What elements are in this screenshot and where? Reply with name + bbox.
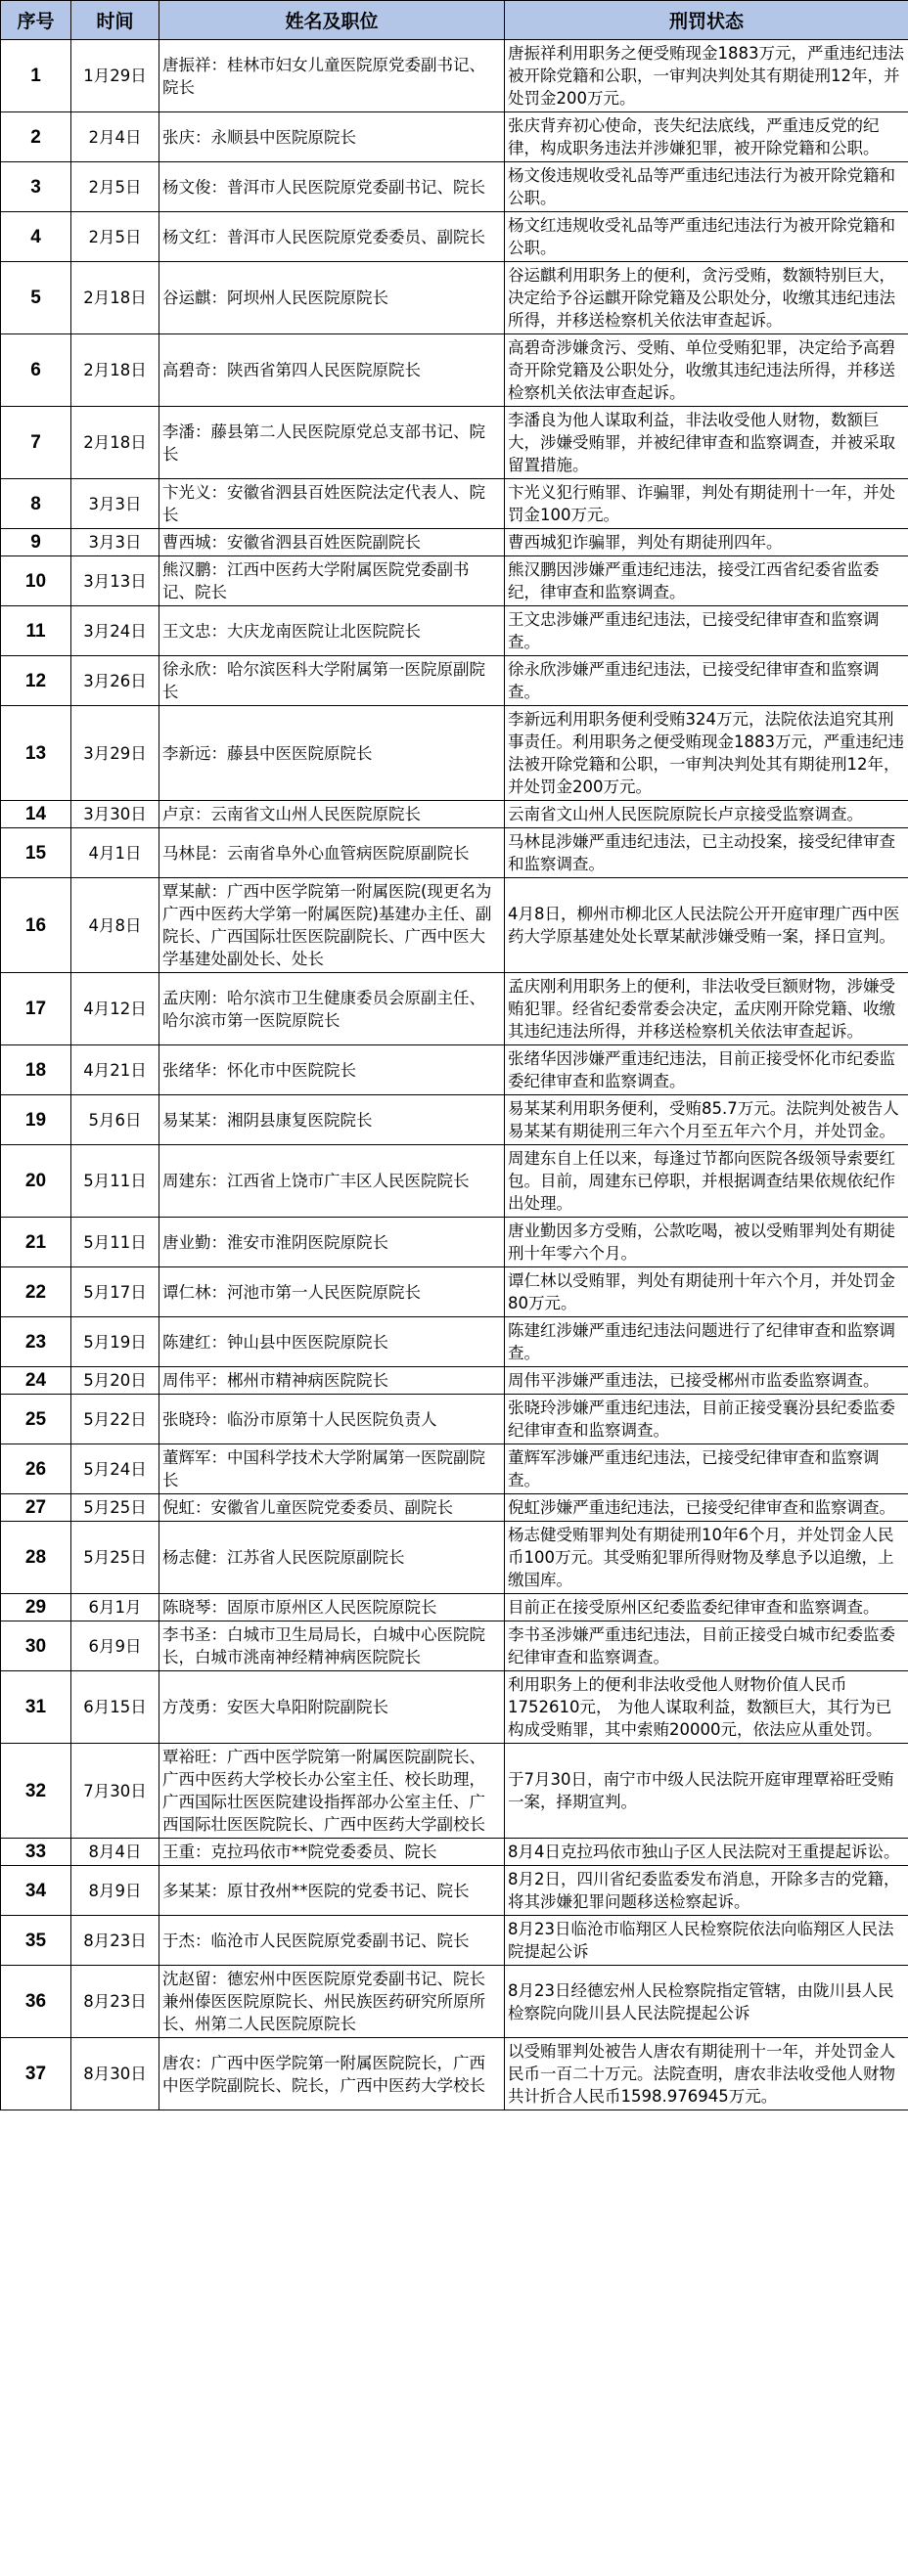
row-index: 32: [1, 1744, 71, 1839]
table-row: 93月3日曹西城：安徽省泗县百姓医院副院长曹西城犯诈骗罪，判处有期徒刑四年。: [1, 529, 908, 556]
row-penalty-status: 以受贿罪判处被告人唐农有期徒刑十一年，并处罚金人民币一百二十万元。法院查明，唐农…: [505, 2038, 908, 2110]
table-row: 22月4日张庆：永顺县中医院原院长张庆背弃初心使命，丧失纪法底线，严重违反党的纪…: [1, 112, 908, 162]
row-name-position: 杨文红：普洱市人民医院原党委委员、副院长: [159, 212, 505, 262]
header-name-position: 姓名及职位: [159, 1, 505, 40]
row-date: 8月23日: [71, 1966, 159, 2038]
row-index: 9: [1, 529, 71, 556]
row-index: 24: [1, 1367, 71, 1395]
row-index: 19: [1, 1095, 71, 1145]
row-penalty-status: 杨文俊违规收受礼品等严重违纪违法行为被开除党籍和公职。: [505, 162, 908, 212]
row-penalty-status: 唐业勤因多方受贿，公款吃喝，被以受贿罪判处有期徒刑十年零六个月。: [505, 1218, 908, 1267]
row-name-position: 董辉军：中国科学技术大学附属第一医院副院长: [159, 1444, 505, 1494]
row-name-position: 覃裕旺：广西中医学院第一附属医院副院长、广西中医药大学校长办公室主任、校长助理，…: [159, 1744, 505, 1839]
row-name-position: 周建东：江西省上饶市广丰区人民医院院长: [159, 1145, 505, 1218]
table-row: 164月8日覃某献：广西中医学院第一附属医院(现更名为广西中医药大学第一附属医院…: [1, 878, 908, 973]
row-date: 5月11日: [71, 1218, 159, 1267]
row-index: 7: [1, 407, 71, 479]
row-date: 5月24日: [71, 1444, 159, 1494]
row-date: 2月4日: [71, 112, 159, 162]
row-date: 5月25日: [71, 1494, 159, 1522]
row-index: 27: [1, 1494, 71, 1522]
row-name-position: 马林昆：云南省阜外心血管病医院原副院长: [159, 828, 505, 878]
row-index: 20: [1, 1145, 71, 1218]
row-penalty-status: 李书圣涉嫌严重违纪违法，目前正接受白城市纪委监委纪律审查和监察调查。: [505, 1621, 908, 1671]
row-date: 2月18日: [71, 334, 159, 407]
table-row: 255月22日张晓玲：临汾市原第十人民医院负责人张晓玲涉嫌严重违纪违法，目前正接…: [1, 1395, 908, 1444]
row-date: 5月17日: [71, 1267, 159, 1317]
row-index: 22: [1, 1267, 71, 1317]
row-penalty-status: 云南省文山州人民医院原院长卢京接受监察调查。: [505, 801, 908, 828]
row-date: 4月12日: [71, 973, 159, 1045]
row-penalty-status: 熊汉鹏因涉嫌严重违纪违法，接受江西省纪委省监委纪，律审查和监察调查。: [505, 556, 908, 606]
row-penalty-status: 唐振祥利用职务之便受贿现金1883万元，严重违纪违法被开除党籍和公职，一审判决判…: [505, 40, 908, 112]
row-penalty-status: 高碧奇涉嫌贪污、受贿、单位受贿犯罪，决定给予高碧奇开除党籍及公职处分，收缴其违纪…: [505, 334, 908, 407]
row-penalty-status: 张绪华因涉嫌严重违纪违法，目前正接受怀化市纪委监委纪律审查和监察调查。: [505, 1045, 908, 1095]
table-row: 83月3日卞光义：安徽省泗县百姓医院法定代表人、院长卞光义犯行贿罪、诈骗罪，判处…: [1, 479, 908, 529]
row-name-position: 唐振祥：桂林市妇女儿童医院原党委副书记、院长: [159, 40, 505, 112]
row-name-position: 徐永欣：哈尔滨医科大学附属第一医院原副院长: [159, 656, 505, 706]
row-date: 3月13日: [71, 556, 159, 606]
table-row: 72月18日李潘：藤县第二人民医院原党总支部书记、院长李潘良为他人谋取利益，非法…: [1, 407, 908, 479]
row-index: 1: [1, 40, 71, 112]
table-row: 275月25日倪虹：安徽省儿童医院党委委员、副院长倪虹涉嫌严重违纪违法，已接受纪…: [1, 1494, 908, 1522]
row-penalty-status: 李潘良为他人谋取利益，非法收受他人财物，数额巨大，涉嫌受贿罪，并被纪律审查和监察…: [505, 407, 908, 479]
row-penalty-status: 董辉军涉嫌严重违纪违法，已接受纪律审查和监察调查。: [505, 1444, 908, 1494]
row-date: 8月30日: [71, 2038, 159, 2110]
row-penalty-status: 于7月30日，南宁市中级人民法院开庭审理覃裕旺受贿一案，择期宣判。: [505, 1744, 908, 1839]
table-row: 358月23日于杰：临沧市人民医院原党委副书记、院长8月23日临沧市临翔区人民检…: [1, 1916, 908, 1966]
table-row: 235月19日陈建红：钟山县中医医院原院长陈建红涉嫌严重违纪违法问题进行了纪律审…: [1, 1317, 908, 1367]
table-row: 225月17日谭仁林：河池市第一人民医院原院长谭仁林以受贿罪，判处有期徒刑十年六…: [1, 1267, 908, 1317]
row-name-position: 张晓玲：临汾市原第十人民医院负责人: [159, 1395, 505, 1444]
row-name-position: 高碧奇：陕西省第四人民医院原院长: [159, 334, 505, 407]
row-date: 2月18日: [71, 407, 159, 479]
table-row: 245月20日周伟平：郴州市精神病医院院长周伟平涉嫌严重违法，已接受郴州市监委监…: [1, 1367, 908, 1395]
table-row: 103月13日熊汉鹏：江西中医药大学附属医院党委副书记、院长熊汉鹏因涉嫌严重违纪…: [1, 556, 908, 606]
row-name-position: 易某某：湘阴县康复医院院长: [159, 1095, 505, 1145]
header-penalty-status: 刑罚状态: [505, 1, 908, 40]
row-index: 13: [1, 706, 71, 801]
table-row: 306月9日李书圣：白城市卫生局局长，白城中心医院院长，白城市洮南神经精神病医院…: [1, 1621, 908, 1671]
row-penalty-status: 马林昆涉嫌严重违纪违法，已主动投案，接受纪律审查和监察调查。: [505, 828, 908, 878]
row-name-position: 周伟平：郴州市精神病医院院长: [159, 1367, 505, 1395]
table-row: 11月29日唐振祥：桂林市妇女儿童医院原党委副书记、院长唐振祥利用职务之便受贿现…: [1, 40, 908, 112]
row-date: 4月21日: [71, 1045, 159, 1095]
table-row: 215月11日唐业勤：淮安市淮阴医院原院长唐业勤因多方受贿，公款吃喝，被以受贿罪…: [1, 1218, 908, 1267]
row-penalty-status: 利用职务上的便利非法收受他人财物价值人民币1752610元， 为他人谋取利益，数…: [505, 1671, 908, 1744]
row-penalty-status: 8月2日，四川省纪委监委发布消息，开除多吉的党籍，将其涉嫌犯罪问题移送检察起诉。: [505, 1866, 908, 1916]
table-header-row: 序号 时间 姓名及职位 刑罚状态: [1, 1, 908, 40]
table-row: 154月1日马林昆：云南省阜外心血管病医院原副院长马林昆涉嫌严重违纪违法，已主动…: [1, 828, 908, 878]
table-row: 133月29日李新远：藤县中医医院原院长李新远利用职务便利受贿324万元，法院依…: [1, 706, 908, 801]
row-penalty-status: 张庆背弃初心使命，丧失纪法底线，严重违反党的纪律，构成职务违法并涉嫌犯罪，被开除…: [505, 112, 908, 162]
row-index: 2: [1, 112, 71, 162]
row-index: 10: [1, 556, 71, 606]
row-date: 6月1月: [71, 1594, 159, 1621]
row-date: 5月20日: [71, 1367, 159, 1395]
row-index: 8: [1, 479, 71, 529]
officials-penalty-table: 序号 时间 姓名及职位 刑罚状态 11月29日唐振祥：桂林市妇女儿童医院原党委副…: [0, 0, 908, 2110]
row-date: 6月15日: [71, 1671, 159, 1744]
row-date: 6月9日: [71, 1621, 159, 1671]
row-index: 3: [1, 162, 71, 212]
row-name-position: 杨文俊：普洱市人民医院原党委副书记、院长: [159, 162, 505, 212]
row-penalty-status: 杨志健受贿罪判处有期徒刑10年6个月，并处罚金人民币100万元。其受贿犯罪所得财…: [505, 1522, 908, 1594]
row-date: 8月4日: [71, 1839, 159, 1866]
row-name-position: 卢京：云南省文山州人民医院原院长: [159, 801, 505, 828]
row-name-position: 李潘：藤县第二人民医院原党总支部书记、院长: [159, 407, 505, 479]
row-index: 37: [1, 2038, 71, 2110]
row-name-position: 于杰：临沧市人民医院原党委副书记、院长: [159, 1916, 505, 1966]
row-penalty-status: 曹西城犯诈骗罪，判处有期徒刑四年。: [505, 529, 908, 556]
row-index: 12: [1, 656, 71, 706]
row-date: 4月8日: [71, 878, 159, 973]
row-penalty-status: 王文忠涉嫌严重违纪违法，已接受纪律审查和监察调查。: [505, 606, 908, 656]
row-date: 5月6日: [71, 1095, 159, 1145]
row-date: 2月5日: [71, 162, 159, 212]
table-row: 143月30日卢京：云南省文山州人民医院原院长云南省文山州人民医院原院长卢京接受…: [1, 801, 908, 828]
row-name-position: 孟庆刚：哈尔滨市卫生健康委员会原副主任、哈尔滨市第一医院原院长: [159, 973, 505, 1045]
row-index: 5: [1, 262, 71, 334]
row-name-position: 多某某：原甘孜州**医院的党委书记、院长: [159, 1866, 505, 1916]
row-penalty-status: 倪虹涉嫌严重违纪违法，已接受纪律审查和监察调查。: [505, 1494, 908, 1522]
row-name-position: 李新远：藤县中医医院原院长: [159, 706, 505, 801]
table-row: 368月23日沈赵留：德宏州中医医院原党委副书记、院长兼州傣医医院原院长、州民族…: [1, 1966, 908, 2038]
row-penalty-status: 谷运麒利用职务上的便利，贪污受贿，数额特别巨大，决定给予谷运麒开除党籍及公职处分…: [505, 262, 908, 334]
header-index: 序号: [1, 1, 71, 40]
row-name-position: 谭仁林：河池市第一人民医院原院长: [159, 1267, 505, 1317]
row-penalty-status: 8月23日临沧市临翔区人民检察院依法向临翔区人民法院提起公诉: [505, 1916, 908, 1966]
row-index: 15: [1, 828, 71, 878]
row-index: 36: [1, 1966, 71, 2038]
row-index: 30: [1, 1621, 71, 1671]
row-date: 8月9日: [71, 1866, 159, 1916]
row-penalty-status: 目前正在接受原州区纪委监委纪律审查和监察调查。: [505, 1594, 908, 1621]
table-row: 296月1月陈晓琴：固原市原州区人民医院原院长目前正在接受原州区纪委监委纪律审查…: [1, 1594, 908, 1621]
row-name-position: 卞光义：安徽省泗县百姓医院法定代表人、院长: [159, 479, 505, 529]
row-date: 3月24日: [71, 606, 159, 656]
row-name-position: 倪虹：安徽省儿童医院党委委员、副院长: [159, 1494, 505, 1522]
table-row: 316月15日方茂勇：安医大阜阳附院副院长利用职务上的便利非法收受他人财物价值人…: [1, 1671, 908, 1744]
row-penalty-status: 徐永欣涉嫌严重违纪违法，已接受纪律审查和监察调查。: [505, 656, 908, 706]
row-name-position: 覃某献：广西中医学院第一附属医院(现更名为广西中医药大学第一附属医院)基建办主任…: [159, 878, 505, 973]
row-index: 11: [1, 606, 71, 656]
table-row: 327月30日覃裕旺：广西中医学院第一附属医院副院长、广西中医药大学校长办公室主…: [1, 1744, 908, 1839]
row-date: 3月3日: [71, 529, 159, 556]
row-index: 16: [1, 878, 71, 973]
row-name-position: 李书圣：白城市卫生局局长，白城中心医院院长，白城市洮南神经精神病医院院长: [159, 1621, 505, 1671]
row-name-position: 方茂勇：安医大阜阳附院副院长: [159, 1671, 505, 1744]
row-date: 3月26日: [71, 656, 159, 706]
table-row: 174月12日孟庆刚：哈尔滨市卫生健康委员会原副主任、哈尔滨市第一医院原院长孟庆…: [1, 973, 908, 1045]
row-date: 8月23日: [71, 1916, 159, 1966]
table-row: 62月18日高碧奇：陕西省第四人民医院原院长高碧奇涉嫌贪污、受贿、单位受贿犯罪，…: [1, 334, 908, 407]
row-penalty-status: 李新远利用职务便利受贿324万元，法院依法追究其刑事责任。利用职务之便受贿现金1…: [505, 706, 908, 801]
row-date: 2月18日: [71, 262, 159, 334]
row-index: 6: [1, 334, 71, 407]
row-date: 1月29日: [71, 40, 159, 112]
row-penalty-status: 陈建红涉嫌严重违纪违法问题进行了纪律审查和监察调查。: [505, 1317, 908, 1367]
row-penalty-status: 卞光义犯行贿罪、诈骗罪，判处有期徒刑十一年，并处罚金100万元。: [505, 479, 908, 529]
row-penalty-status: 8月4日克拉玛依市独山子区人民法院对王重提起诉讼。: [505, 1839, 908, 1866]
row-date: 5月19日: [71, 1317, 159, 1367]
row-date: 4月1日: [71, 828, 159, 878]
table-row: 205月11日周建东：江西省上饶市广丰区人民医院院长周建东自上任以来，每逢过节都…: [1, 1145, 908, 1218]
row-penalty-status: 周伟平涉嫌严重违法，已接受郴州市监委监察调查。: [505, 1367, 908, 1395]
table-row: 184月21日张绪华：怀化市中医院院长张绪华因涉嫌严重违纪违法，目前正接受怀化市…: [1, 1045, 908, 1095]
row-penalty-status: 杨文红违规收受礼品等严重违纪违法行为被开除党籍和公职。: [505, 212, 908, 262]
table-row: 378月30日唐农：广西中医学院第一附属医院院长，广西中医学院副院长、院长，广西…: [1, 2038, 908, 2110]
row-index: 21: [1, 1218, 71, 1267]
table-body: 11月29日唐振祥：桂林市妇女儿童医院原党委副书记、院长唐振祥利用职务之便受贿现…: [1, 40, 908, 2110]
row-index: 35: [1, 1916, 71, 1966]
row-penalty-status: 张晓玲涉嫌严重违纪违法，目前正接受襄汾县纪委监委纪律审查和监察调查。: [505, 1395, 908, 1444]
row-name-position: 陈晓琴：固原市原州区人民医院原院长: [159, 1594, 505, 1621]
row-date: 3月30日: [71, 801, 159, 828]
row-penalty-status: 易某某利用职务便利，受贿85.7万元。法院判处被告人易某某有期徒刑三年六个月至五…: [505, 1095, 908, 1145]
row-date: 3月3日: [71, 479, 159, 529]
row-index: 31: [1, 1671, 71, 1744]
table-row: 265月24日董辉军：中国科学技术大学附属第一医院副院长董辉军涉嫌严重违纪违法，…: [1, 1444, 908, 1494]
row-name-position: 沈赵留：德宏州中医医院原党委副书记、院长兼州傣医医院原院长、州民族医药研究所原所…: [159, 1966, 505, 2038]
table-row: 195月6日易某某：湘阴县康复医院院长易某某利用职务便利，受贿85.7万元。法院…: [1, 1095, 908, 1145]
table-row: 338月4日王重：克拉玛依市**院党委委员、院长8月4日克拉玛依市独山子区人民法…: [1, 1839, 908, 1866]
row-index: 23: [1, 1317, 71, 1367]
row-penalty-status: 谭仁林以受贿罪，判处有期徒刑十年六个月，并处罚金80万元。: [505, 1267, 908, 1317]
row-index: 29: [1, 1594, 71, 1621]
row-index: 28: [1, 1522, 71, 1594]
row-penalty-status: 4月8日，柳州市柳北区人民法院公开开庭审理广西中医药大学原基建处处长覃某献涉嫌受…: [505, 878, 908, 973]
row-penalty-status: 孟庆刚利用职务上的便利，非法收受巨额财物，涉嫌受贿犯罪。经省纪委常委会决定，孟庆…: [505, 973, 908, 1045]
row-penalty-status: 8月23日经德宏州人民检察院指定管辖，由陇川县人民检察院向陇川县人民法院提起公诉: [505, 1966, 908, 2038]
row-name-position: 张庆：永顺县中医院原院长: [159, 112, 505, 162]
row-name-position: 陈建红：钟山县中医医院原院长: [159, 1317, 505, 1367]
table-row: 32月5日杨文俊：普洱市人民医院原党委副书记、院长杨文俊违规收受礼品等严重违纪违…: [1, 162, 908, 212]
row-index: 25: [1, 1395, 71, 1444]
row-index: 34: [1, 1866, 71, 1916]
row-date: 5月25日: [71, 1522, 159, 1594]
row-name-position: 唐农：广西中医学院第一附属医院院长，广西中医学院副院长、院长，广西中医药大学校长: [159, 2038, 505, 2110]
row-name-position: 唐业勤：淮安市淮阴医院原院长: [159, 1218, 505, 1267]
row-date: 2月5日: [71, 212, 159, 262]
header-date: 时间: [71, 1, 159, 40]
row-date: 5月22日: [71, 1395, 159, 1444]
row-index: 4: [1, 212, 71, 262]
table-row: 42月5日杨文红：普洱市人民医院原党委委员、副院长杨文红违规收受礼品等严重违纪违…: [1, 212, 908, 262]
row-penalty-status: 周建东自上任以来，每逢过节都向医院各级领导索要红包。目前，周建东已停职，并根据调…: [505, 1145, 908, 1218]
row-name-position: 熊汉鹏：江西中医药大学附属医院党委副书记、院长: [159, 556, 505, 606]
row-index: 26: [1, 1444, 71, 1494]
row-name-position: 张绪华：怀化市中医院院长: [159, 1045, 505, 1095]
row-date: 3月29日: [71, 706, 159, 801]
row-index: 14: [1, 801, 71, 828]
row-date: 5月11日: [71, 1145, 159, 1218]
table-row: 52月18日谷运麒：阿坝州人民医院原院长谷运麒利用职务上的便利，贪污受贿，数额特…: [1, 262, 908, 334]
row-index: 33: [1, 1839, 71, 1866]
row-name-position: 杨志健：江苏省人民医院原副院长: [159, 1522, 505, 1594]
table-row: 348月9日多某某：原甘孜州**医院的党委书记、院长8月2日，四川省纪委监委发布…: [1, 1866, 908, 1916]
row-name-position: 王重：克拉玛依市**院党委委员、院长: [159, 1839, 505, 1866]
row-index: 18: [1, 1045, 71, 1095]
row-index: 17: [1, 973, 71, 1045]
table-row: 113月24日王文忠：大庆龙南医院让北医院院长王文忠涉嫌严重违纪违法，已接受纪律…: [1, 606, 908, 656]
row-name-position: 王文忠：大庆龙南医院让北医院院长: [159, 606, 505, 656]
table-row: 285月25日杨志健：江苏省人民医院原副院长杨志健受贿罪判处有期徒刑10年6个月…: [1, 1522, 908, 1594]
table-row: 123月26日徐永欣：哈尔滨医科大学附属第一医院原副院长徐永欣涉嫌严重违纪违法，…: [1, 656, 908, 706]
row-name-position: 谷运麒：阿坝州人民医院原院长: [159, 262, 505, 334]
row-date: 7月30日: [71, 1744, 159, 1839]
row-name-position: 曹西城：安徽省泗县百姓医院副院长: [159, 529, 505, 556]
